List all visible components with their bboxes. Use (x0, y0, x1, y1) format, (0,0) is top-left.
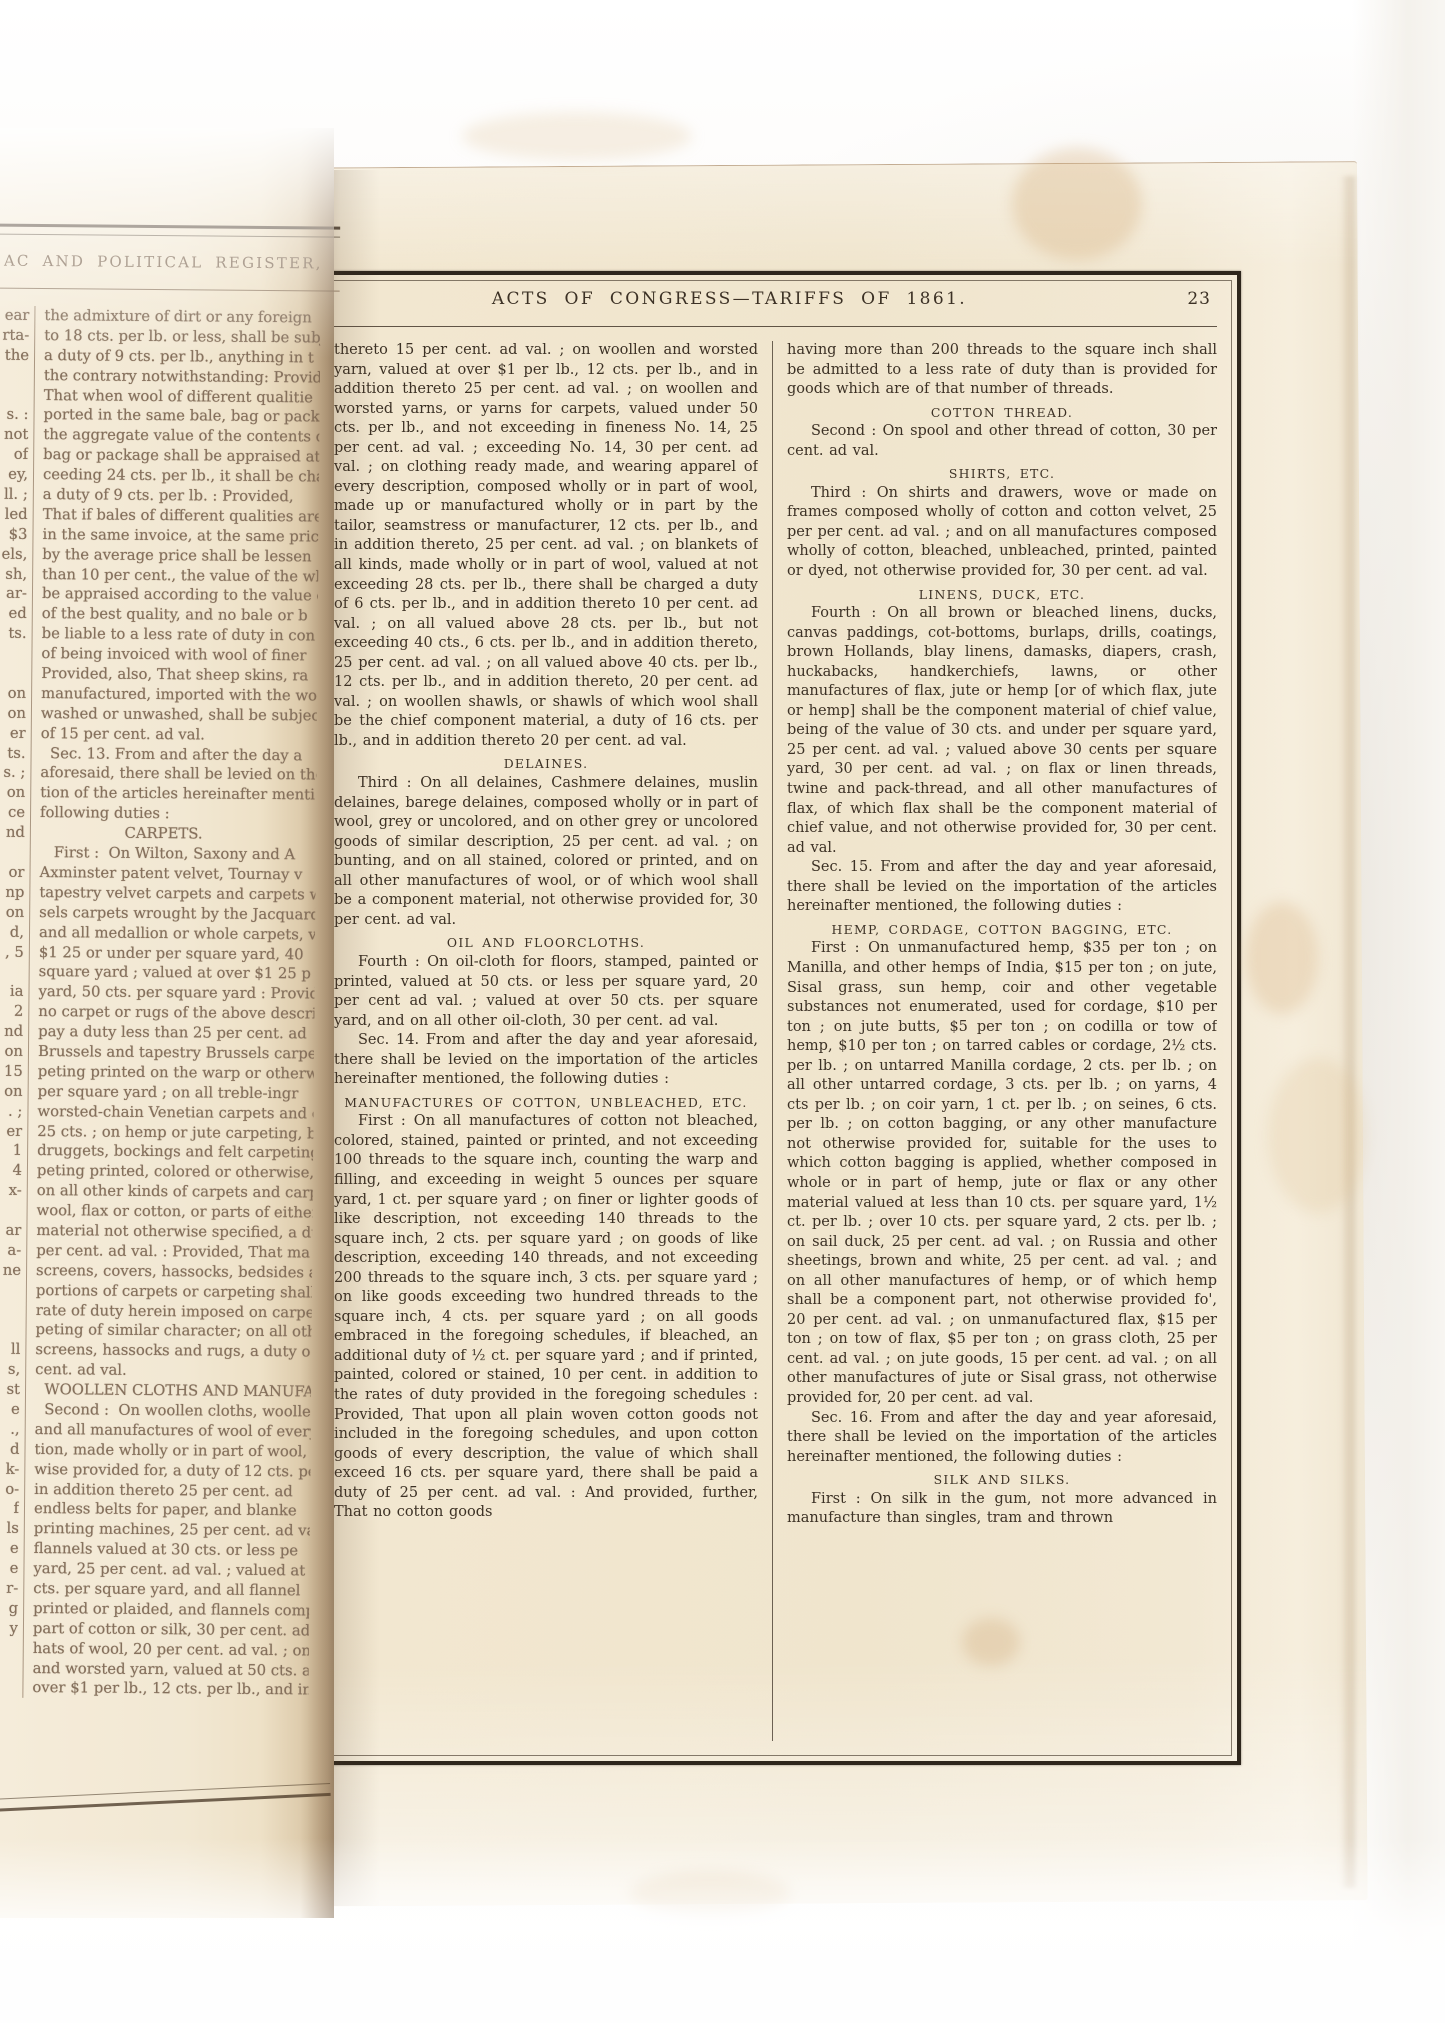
left-page-sliver-line (0, 962, 24, 982)
left-page-sliver-line: 2 (0, 1002, 23, 1022)
left-page-sliver-line: d, (0, 922, 24, 942)
text-block: Fourth : On all brown or bleached linens… (787, 604, 1217, 858)
left-page-line: per square yard ; on all treble-ingr (38, 1082, 314, 1104)
left-page-sliver-line: x- (0, 1181, 22, 1201)
left-page-sliver-line: led (0, 505, 28, 525)
text-block: Third : On shirts and drawers, wove or m… (787, 484, 1217, 582)
running-head: ACTS OF CONGRESS—TARIFFS OF 1861. 23 (322, 289, 1233, 319)
left-page-line: no carpet or rugs of the above descrip (38, 1002, 314, 1024)
left-page-sliver-line: ll. ; (0, 485, 28, 505)
text-block: Fourth : On oil-cloth for floors, stampe… (334, 953, 758, 1031)
left-page-sliver-line (0, 365, 29, 385)
left-page-top-rule (0, 224, 340, 230)
left-page-sliver-line: on (0, 684, 26, 704)
left-page-line: in the same invoice, at the same pric (42, 525, 318, 547)
left-page-sliver-line (0, 1678, 18, 1698)
left-page-line: printed or plaided, and flannels comp (33, 1599, 309, 1621)
left-page-sliver-line: or (0, 863, 25, 883)
left-page-line: druggets, bockings and felt carpeting (37, 1141, 313, 1163)
left-page-line: pay a duty less than 25 per cent. ad (38, 1022, 314, 1044)
left-page-line: printing machines, 25 per cent. ad val (34, 1519, 310, 1541)
text-block: Third : On all delaines, Cashmere delain… (334, 774, 758, 930)
text-block: LINENS, DUCK, ETC. (787, 585, 1217, 605)
left-page-sliver-line: ne (0, 1260, 21, 1280)
left-page-sliver-line: s. ; (0, 763, 26, 783)
left-page-sliver-line: the (0, 345, 29, 365)
left-page-columns: ear rta- the s. : not of (0, 306, 333, 1701)
left-page-line: washed or unwashed, shall be subject (41, 704, 317, 726)
left-page-line: the contrary notwithstanding: Provid (44, 366, 320, 388)
left-page-line: portions of carpets or carpeting shall (36, 1281, 312, 1303)
left-page-line: worsted-chain Venetian carpets and c (37, 1102, 313, 1124)
left-page-line: That when wool of different qualitie (44, 386, 320, 408)
left-page-sliver-line: sh, (0, 564, 27, 584)
left-page-sliver-line: nd (0, 1022, 23, 1042)
left-page-sliver-line: ., (0, 1419, 20, 1439)
left-page-line: be liable to a less rate of duty in con (42, 624, 318, 646)
left-page-sliver-line (0, 1201, 22, 1221)
left-page-line: aforesaid, there shall be levied on the (40, 764, 316, 786)
left-page-sliver-line: on (0, 783, 25, 803)
left-page-sliver-line (0, 1300, 21, 1320)
left-page-sliver-line: ed (0, 604, 27, 624)
left-page-line: Brussels and tapestry Brussels carpets a (38, 1042, 314, 1064)
left-page-sliver-line: 1 (0, 1141, 22, 1161)
left-page-line: bag or package shall be appraised at a (43, 445, 319, 467)
text-block: Second : On spool and other thread of co… (787, 422, 1217, 461)
text-block: Sec. 16. From and after the day and year… (787, 1409, 1217, 1468)
left-page-line: of the best quality, and no bale or b (42, 604, 318, 626)
left-page-line: Axminster patent velvet, Tournay v (39, 863, 315, 885)
left-page-sliver-line: . ; (0, 1101, 23, 1121)
left-page-sliver-line: els, (0, 544, 27, 564)
left-page-bottom-rule (0, 1783, 330, 1801)
text-block: HEMP, CORDAGE, COTTON BAGGING, ETC. (787, 920, 1217, 940)
column-divider-rule (772, 341, 773, 1741)
left-page-line: a duty of 9 cts. per lb. : Provided, (43, 485, 319, 507)
left-page-sliver-line (0, 1320, 21, 1340)
left-page-line: screens, covers, hassocks, bedsides an (36, 1261, 312, 1283)
left-page-sliver-line: e (0, 1539, 19, 1559)
text-columns: thereto 15 per cent. ad val. ; on woolle… (334, 341, 1218, 1741)
left-page-line: a duty of 9 cts. per lb., anything in t (44, 346, 320, 368)
left-page-sliver-line: of (0, 445, 28, 465)
left-page-sliver-line: f (0, 1499, 19, 1519)
left-page-line: tapestry velvet carpets and carpets w (39, 883, 315, 905)
text-block: SHIRTS, ETC. (787, 464, 1217, 484)
text-block: COTTON THREAD. (787, 403, 1217, 423)
left-page-line: material not otherwise specified, a du (36, 1221, 312, 1243)
left-page-line: of being invoiced with wool of finer (41, 644, 317, 666)
left-page-sliver-line: y (0, 1618, 18, 1638)
left-page-sliver-line (0, 1280, 21, 1300)
left-page-line: tion of the articles hereinafter menti (40, 783, 316, 805)
left-page-line: over $1 per lb., 12 cts. per lb., and in… (32, 1678, 308, 1700)
left-page-line: $1 25 or under per square yard, 40 (39, 943, 315, 965)
left-page-sliver-line (0, 644, 27, 664)
left-page-text-column: the admixture of dirt or any foreign to … (32, 306, 320, 1700)
left-page-sliver-line: on (0, 703, 26, 723)
left-page-sliver-line (0, 664, 26, 684)
left-page-sliver-line: ls (0, 1519, 19, 1539)
left-page-sliver-line: er (0, 723, 26, 743)
left-page-paper: AC AND POLITICAL REGISTER, ear rta- the (0, 128, 334, 1918)
left-page-line: That if bales of different qualities are (43, 505, 319, 527)
left-page-line: ceeding 24 cts. per lb., it shall be cha (43, 465, 319, 487)
left-page-sliver-line: ia (0, 982, 24, 1002)
left-page-line: wise provided for, a duty of 12 cts. pe (34, 1460, 310, 1482)
left-page-sliver-line (0, 385, 29, 405)
left-page-sliver-line: s. : (0, 405, 29, 425)
left-page-line: sels carpets wrought by the Jacquard (39, 903, 315, 925)
left-page-sliver-line: on (0, 1081, 23, 1101)
left-page-sliver-line (0, 843, 25, 863)
left-page-sliver-line: k- (0, 1459, 19, 1479)
left-page-line: the aggregate value of the contents of (43, 425, 319, 447)
left-page-line: square yard ; valued at over $1 25 p (39, 962, 315, 984)
left-page-sliver-line: ll (0, 1340, 20, 1360)
left-page-sliver-line: o- (0, 1479, 19, 1499)
left-page-line: yard, 25 per cent. ad val. ; valued at (33, 1559, 309, 1581)
left-column: thereto 15 per cent. ad val. ; on woolle… (334, 341, 758, 1741)
left-page-sliver-line: not (0, 425, 28, 445)
left-page-line: the admixture of dirt or any foreign (44, 306, 320, 328)
left-page-line: peting printed, colored or otherwise, (37, 1161, 313, 1183)
left-page-line: Second : On woollen cloths, woollen (35, 1400, 311, 1422)
left-page-line: following duties : (40, 803, 316, 825)
left-page-sliver-line: $3 (0, 524, 28, 544)
left-page-content: AC AND POLITICAL REGISTER, ear rta- the (0, 128, 335, 1921)
left-page-sliver-line: e (0, 1400, 20, 1420)
left-page-line: yard, 50 cts. per square yard : Provid (38, 982, 314, 1004)
left-page-line: on all other kinds of carpets and carp (37, 1181, 313, 1203)
left-page-sliver-line: ts. (0, 624, 27, 644)
left-page-line: First : On Wilton, Saxony and A (40, 843, 316, 865)
left-page-sliver-line: a- (0, 1240, 21, 1260)
left-page-line: 25 cts. ; on hemp or jute carpeting, b (37, 1122, 313, 1144)
left-page-sliver-line: on (0, 902, 24, 922)
left-page-sliver-line: s, (0, 1360, 20, 1380)
left-page-line: peting of similar character; on all oth (35, 1320, 311, 1342)
left-page-line: to 18 cts. per lb. or less, shall be sub… (44, 326, 320, 348)
left-page-line: screens, hassocks and rugs, a duty o (35, 1340, 311, 1362)
left-page-sliver-line: ear (0, 306, 29, 326)
left-page-sliver-line: e (0, 1559, 19, 1579)
left-page-head-rule (0, 288, 340, 292)
left-page-line: CARPETS. (40, 823, 316, 845)
left-page-line: part of cotton or silk, 30 per cent. ad … (33, 1619, 309, 1641)
left-page-sliver-line: d (0, 1439, 20, 1459)
left-page-line: rate of duty herein imposed on carpe (36, 1301, 312, 1323)
left-page-line: in addition thereto 25 per cent. ad (34, 1480, 310, 1502)
text-block: First : On all manufactures of cotton no… (334, 1112, 758, 1522)
left-page-sliver-line: r- (0, 1579, 18, 1599)
page-right-edge-shadow (1340, 176, 1356, 1888)
left-page-line: be appraised according to the value of (42, 584, 318, 606)
left-page-line: per cent. ad val. : Provided, That ma (36, 1241, 312, 1263)
text-block: Sec. 15. From and after the day and year… (787, 858, 1217, 917)
right-column: having more than 200 threads to the squa… (787, 341, 1217, 1741)
left-page-line: than 10 per cent., the value of the wh (42, 565, 318, 587)
left-page-line: cent. ad val. (35, 1360, 311, 1382)
text-block: First : On silk in the gum, not more adv… (787, 1490, 1217, 1529)
left-page-sliver-line: np (0, 882, 24, 902)
text-block: thereto 15 per cent. ad val. ; on woolle… (334, 341, 758, 751)
left-page-sliver-line: rta- (0, 326, 29, 346)
left-page-line: and all medallion or whole carpets, v (39, 923, 315, 945)
left-page-sliver-line: , 5 (0, 942, 24, 962)
left-page-line: ported in the same bale, bag or pack (43, 405, 319, 427)
left-page-line: tion, made wholly or in part of wool, n (34, 1440, 310, 1462)
left-page-sliver-line: 15 (0, 1061, 23, 1081)
left-page-running-head: AC AND POLITICAL REGISTER, (4, 252, 330, 273)
paper-stain (462, 112, 692, 160)
left-page-sliver-line: st (0, 1380, 20, 1400)
left-page-sliver-line: ey, (0, 465, 28, 485)
text-block: MANUFACTURES OF COTTON, UNBLEACHED, ETC. (334, 1093, 758, 1113)
running-head-rule (331, 326, 1217, 327)
left-page-sliver-line (0, 1658, 18, 1678)
running-head-title: ACTS OF CONGRESS—TARIFFS OF 1861. (322, 289, 1137, 309)
left-page-line: hats of wool, 20 per cent. ad val. ; on (33, 1639, 309, 1661)
left-page-line: and all manufactures of wool of every (35, 1420, 311, 1442)
photo-background: ACTS OF CONGRESS—TARIFFS OF 1861. 23 the… (0, 0, 1445, 2023)
text-block: having more than 200 threads to the squa… (787, 341, 1217, 400)
left-page-line: wool, flax or cotton, or parts of either… (37, 1201, 313, 1223)
left-page-sliver-line: ce (0, 803, 25, 823)
left-page-sliver-line: er (0, 1121, 22, 1141)
left-page-sliver-line: on (0, 1042, 23, 1062)
left-page-line: of 15 per cent. ad val. (41, 724, 317, 746)
text-block: Sec. 14. From and after the day and year… (334, 1031, 758, 1090)
left-page-line: endless belts for paper, and blanke (34, 1499, 310, 1521)
text-block: First : On unmanufactured hemp, $35 per … (787, 939, 1217, 1408)
left-page-line: WOOLLEN CLOTHS AND MANUFACTUR (35, 1380, 311, 1402)
left-page-line: and worsted yarn, valued at 50 cts. an (33, 1659, 309, 1681)
left-page-sliver-line: 4 (0, 1161, 22, 1181)
left-page-line: peting printed on the warp or otherwi (38, 1062, 314, 1084)
left-page-sliver-line: ar- (0, 584, 27, 604)
left-page-line: flannels valued at 30 cts. or less pe (34, 1539, 310, 1561)
left-page-line: Provided, also, That sheep skins, ra (41, 664, 317, 686)
left-page-line: Sec. 13. From and after the day a (41, 744, 317, 766)
left-page-sliver-line: nd (0, 823, 25, 843)
left-page-sliver-line: g (0, 1598, 18, 1618)
left-page-sliver-line (0, 1638, 18, 1658)
text-block: OIL AND FLOORCLOTHS. (334, 933, 758, 953)
left-page-line: cts. per square yard, and all flannel (33, 1579, 309, 1601)
page-number: 23 (1187, 289, 1211, 309)
text-block: SILK AND SILKS. (787, 1470, 1217, 1490)
left-page-line: manufactured, imported with the wool (41, 684, 317, 706)
text-block: DELAINES. (334, 754, 758, 774)
left-page-sliver-line: ts. (0, 743, 26, 763)
left-page-sliver-line: ar (0, 1221, 22, 1241)
left-page-line: by the average price shall be lessen (42, 545, 318, 567)
